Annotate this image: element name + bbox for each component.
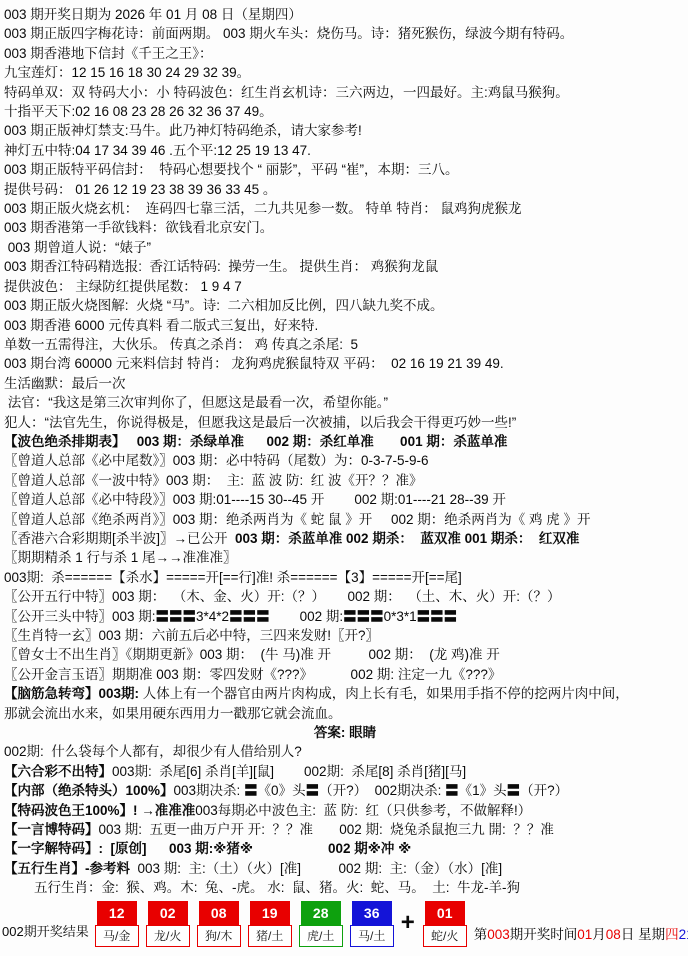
- text-segment: 生活幽默：最后一次: [4, 376, 126, 391]
- text-line: 003 期香港地下信封《千王之王》：: [4, 44, 686, 63]
- text-line: 002期: 什么袋每个人都有，却很少有人借给别人?: [4, 742, 686, 761]
- text-line: 五行生肖：金: 猴、鸡。木: 兔、-虎。 水: 鼠、猪。火: 蛇、马。 土: 牛…: [4, 878, 686, 897]
- result-ball: 02龙/火: [146, 901, 190, 947]
- ball-number: 36: [352, 901, 392, 925]
- text-segment: 003期: 杀======【杀水】=====开[==行]准! 杀======【3…: [4, 570, 462, 585]
- ball-zodiac-element: 虎/土: [299, 925, 343, 947]
- result-ball: 19猪/土: [248, 901, 292, 947]
- ball-zodiac-element: 猪/土: [248, 925, 292, 947]
- text-segment: 〖期期精杀 1 行与杀 1 尾→→准准准〗: [4, 550, 237, 565]
- text-line: 〖曾道人总部《必中特段》〗003 期:01----15 30--45 开 002…: [4, 490, 686, 509]
- result-ball: 36马/土: [350, 901, 394, 947]
- text-segment: 单数一五需得注，大伙乐。 传真之杀肖： 鸡 传真之杀尾: 5: [4, 337, 358, 352]
- text-segment: 〓〓〓: [417, 609, 458, 624]
- text-segment: 【内部（绝杀特头）100%】: [4, 783, 174, 798]
- text-line: 【特码波色王100%】! →准准准003每期必中波色主: 蓝 防: 红（只供参考…: [4, 801, 686, 820]
- text-segment: 神灯五中特:04 17 34 39 46 .五个平:12 25 19 13 47…: [4, 143, 311, 158]
- text-segment: 002 期:: [270, 609, 344, 624]
- text-line: 单数一五需得注，大伙乐。 传真之杀肖： 鸡 传真之杀尾: 5: [4, 335, 686, 354]
- text-line: 提供号码： 01 26 12 19 23 38 39 36 33 45 。: [4, 180, 686, 199]
- text-line: 〖曾道人总部《一波中特》003 期： 主: 蓝 波 防: 红 波《开？？准》: [4, 471, 686, 490]
- ball-number: 02: [148, 901, 188, 925]
- text-segment: 〓: [306, 783, 320, 798]
- text-line: 003 期正版四字梅花诗：前面两期。 003 期火车头：烧伤马。诗：猪死猴伤，绿…: [4, 24, 686, 43]
- result-ball: 28虎/土: [299, 901, 343, 947]
- text-line: 003 期曾道人说：“婊子”: [4, 238, 686, 257]
- text-line: 【一字解特码】: [原创] 003 期:※猪※ 002 期※冲 ※: [4, 839, 686, 858]
- text-line: 003 期正版火烧图解: 火烧 “马”。诗: 二六相加反比例，四八缺九奖不成。: [4, 296, 686, 315]
- text-line: 003 期台湾 60000 元来料信封 特肖： 龙狗鸡虎猴鼠特双 平码： 02 …: [4, 354, 686, 373]
- text-line: 【内部（绝杀特头）100%】003期决杀: 〓《0》头〓（开?） 002期决杀:…: [4, 781, 686, 800]
- next-draw-segment: 08: [606, 927, 621, 942]
- next-draw-segment: 003: [487, 927, 510, 942]
- text-segment: 《1》头: [459, 783, 507, 798]
- text-segment: 〖曾女士不出生肖〗《期期更新》003 期： (牛 马)准 开 002 期： (龙…: [4, 647, 500, 662]
- text-segment: 特码单双：双 特码大小：小 特码波色：红生肖玄机诗：三六两边，一四最好。主:鸡鼠…: [4, 85, 569, 100]
- text-segment: 提供号码： 01 26 12 19 23 38 39 36 33 45 。: [4, 182, 276, 197]
- text-segment: 〖生肖特一玄〗003 期：六前五后必中特，三四来发财!〖开?〗: [4, 628, 379, 643]
- text-line: 003 期正版火烧玄机： 连码四七靠三活，二九共见参一数。 特单 特肖： 鼠鸡狗…: [4, 199, 686, 218]
- text-line: 003 期开奖日期为 2026 年 01 月 08 日（星期四）: [4, 5, 686, 24]
- text-line: 答案: 眼睛: [4, 723, 686, 742]
- text-line: 法官：“我这是第三次审判你了，但愿这是最看一次，希望你能。”: [4, 393, 686, 412]
- text-segment: 〖公开五行中特〗003 期： （木、金、火）开:（？） 002 期： （土、木、…: [4, 589, 561, 604]
- text-segment: 【特码波色王100%】! →准准准: [4, 803, 195, 818]
- text-segment: 〖公开三头中特〗003 期:: [4, 609, 156, 624]
- text-segment: 提供波色： 主绿防红提供尾数： 1 9 4 7: [4, 279, 242, 294]
- text-line: 〖曾道人总部《必中尾数》〗003 期：必中特码（尾数）为：0-3-7-5-9-6: [4, 451, 686, 470]
- text-segment: 3*4*2: [196, 609, 229, 624]
- text-segment: 003 期台湾 60000 元来料信封 特肖： 龙狗鸡虎猴鼠特双 平码： 02 …: [4, 356, 504, 371]
- text-segment: [253, 841, 328, 856]
- text-line: 〖公开五行中特〗003 期： （木、金、火）开:（？） 002 期： （土、木、…: [4, 587, 686, 606]
- next-draw-segment: 月: [592, 927, 606, 942]
- text-line: 神灯五中特:04 17 34 39 46 .五个平:12 25 19 13 47…: [4, 141, 686, 160]
- text-segment: 003 期正版火烧玄机： 连码四七靠三活，二九共见参一数。 特单 特肖： 鼠鸡狗…: [4, 201, 522, 216]
- text-line: 〖期期精杀 1 行与杀 1 尾→→准准准〗: [4, 548, 686, 567]
- text-segment: 003 期正版神灯禁支:马牛。此乃神灯特码绝杀，请大家参考!: [4, 123, 362, 138]
- text-line: 那就会流出水来，如果用硬东西用力一戳那它就会流血。: [4, 704, 686, 723]
- next-draw-segment: 日 星期: [621, 927, 665, 942]
- result-ball: 08狗/木: [197, 901, 241, 947]
- next-draw-segment: 21:30: [679, 927, 688, 942]
- text-segment: 〓〓〓: [229, 609, 270, 624]
- text-segment: 003 期正版特平码信封： 特码心想要找个 “ 丽影”，平码 “崔”，本期：三八…: [4, 162, 459, 177]
- text-segment: 003期: 杀尾[6] 杀肖[羊][鼠] 002期: 杀尾[8] 杀肖[猪][马…: [112, 764, 466, 779]
- text-segment: 003 期香港 6000 元传真料 看二版式三复出，好来特.: [4, 318, 318, 333]
- text-line: 九宝莲灯：12 15 16 18 30 24 29 32 39。: [4, 63, 686, 82]
- text-segment: 003 期: 五更一曲万户开 开: ？？准 002 期: 烧兔杀鼠抱三九 開: …: [99, 822, 554, 837]
- text-segment: 003 期开奖日期为 2026 年 01 月 08 日（星期四）: [4, 7, 302, 22]
- text-segment: 十指平天下:02 16 08 23 28 26 32 36 37 49。: [4, 104, 273, 119]
- text-line: 〖香港六合彩期期[杀半波]〗→已公开 003 期：杀蓝单准 002 期杀： 蓝双…: [4, 529, 686, 548]
- text-segment: 003 期香江特码精选报: 香江话特码: 操劳一生。 提供生肖： 鸡猴狗龙鼠: [4, 259, 438, 274]
- ball-number: 08: [199, 901, 239, 925]
- next-draw-segment: 01: [577, 927, 592, 942]
- special-ball-slot: 01蛇/火: [423, 901, 474, 947]
- text-segment: 【波色绝杀排期表】 003 期：杀绿单准 002 期：杀红单准 001 期：杀蓝…: [4, 434, 507, 449]
- result-ball: 01蛇/火: [423, 901, 467, 947]
- text-line: 003 期香江特码精选报: 香江话特码: 操劳一生。 提供生肖： 鸡猴狗龙鼠: [4, 257, 686, 276]
- text-segment: 〓: [445, 783, 459, 798]
- text-segment: 犯人：“法官先生，你说得极是，但愿我这是最后一次被捕，以后我会干得更巧妙一些!”: [4, 415, 516, 430]
- next-draw-segment: 第: [474, 927, 488, 942]
- text-segment: 003 期：杀蓝单准 002 期杀： 蓝双准 001 期杀： 红双准: [235, 531, 579, 546]
- text-segment: 那就会流出水来，如果用硬东西用力一戳那它就会流血。: [4, 706, 342, 721]
- text-segment: 答案: 眼睛: [314, 725, 376, 740]
- ball-number: 12: [97, 901, 137, 925]
- text-line: 003 期正版特平码信封： 特码心想要找个 “ 丽影”，平码 “崔”，本期：三八…: [4, 160, 686, 179]
- ball-zodiac-element: 马/土: [350, 925, 394, 947]
- text-lines: 003 期开奖日期为 2026 年 01 月 08 日（星期四）003 期正版四…: [4, 5, 686, 898]
- result-ball: 12马/金: [95, 901, 139, 947]
- text-segment: 【一字解特码】: [原创] 003 期:※猪※: [4, 841, 253, 856]
- result-label: 002期开奖结果: [2, 921, 89, 940]
- text-segment: 九宝莲灯：12 15 16 18 30 24 29 32 39。: [4, 65, 250, 80]
- ball-zodiac-element: 狗/木: [197, 925, 241, 947]
- text-segment: 【一言博特码】: [4, 822, 99, 837]
- ball-number: 28: [301, 901, 341, 925]
- ball-zodiac-element: 马/金: [95, 925, 139, 947]
- text-segment: 003每期必中波色主: 蓝 防: 红（只供参考，不做解释!）: [195, 803, 531, 818]
- plus-icon: +: [401, 909, 415, 937]
- text-segment: 003 期正版四字梅花诗：前面两期。 003 期火车头：烧伤马。诗：猪死猴伤，绿…: [4, 26, 573, 41]
- text-segment: 〖香港六合彩期期[杀半波]〗→已公开: [4, 531, 235, 546]
- text-segment: 《0》头: [258, 783, 306, 798]
- tip-sheet-body: 003 期开奖日期为 2026 年 01 月 08 日（星期四）003 期正版四…: [0, 0, 688, 898]
- text-segment: 法官：“我这是第三次审判你了，但愿这是最看一次，希望你能。”: [4, 395, 388, 410]
- ball-number: 01: [425, 901, 465, 925]
- text-line: 【一言博特码】003 期: 五更一曲万户开 开: ？？准 002 期: 烧兔杀鼠…: [4, 820, 686, 839]
- text-segment: 〖曾道人总部《必中特段》〗003 期:01----15 30--45 开 002…: [4, 492, 506, 507]
- text-line: 【波色绝杀排期表】 003 期：杀绿单准 002 期：杀红单准 001 期：杀蓝…: [4, 432, 686, 451]
- next-draw-info: 第003期开奖时间01月08日 星期四21:30: [474, 923, 688, 943]
- text-line: 【五行生肖】-参考料 003 期: 主:（土）（火）[准] 002 期: 主:（…: [4, 859, 686, 878]
- text-line: 提供波色： 主绿防红提供尾数： 1 9 4 7: [4, 277, 686, 296]
- text-line: 〖生肖特一玄〗003 期：六前五后必中特，三四来发财!〖开?〗: [4, 626, 686, 645]
- text-line: 003 期香港第一手欲钱料：欲钱看北京安门。: [4, 218, 686, 237]
- text-segment: （开?）: [520, 783, 568, 798]
- text-segment: 【五行生肖】-参考料: [4, 861, 130, 876]
- ball-zodiac-element: 蛇/火: [423, 925, 467, 947]
- text-segment: 〖公开金言玉语〗期期准 003 期：零四发财《???》 002 期: 注定一九《…: [4, 667, 501, 682]
- text-segment: 003 期香港地下信封《千王之王》：: [4, 46, 213, 61]
- text-line: 003 期香港 6000 元传真料 看二版式三复出，好来特.: [4, 316, 686, 335]
- text-line: 犯人：“法官先生，你说得极是，但愿我这是最后一次被捕，以后我会干得更巧妙一些!”: [4, 413, 686, 432]
- text-line: 【脑筋急转弯】003期: 人体上有一个器官由两片肉构成，肉上长有毛，如果用手指不…: [4, 684, 686, 703]
- draw-result-bar: 002期开奖结果 12马/金02龙/火08狗/木19猪/土28虎/土36马/土 …: [0, 898, 688, 955]
- text-segment: 〖曾道人总部《绝杀两肖》〗003 期：绝杀两肖为《 蛇 鼠 》开 002 期：绝…: [4, 512, 591, 527]
- text-segment: 002 期※冲 ※: [328, 841, 411, 856]
- text-segment: 人体上有一个器官由两片肉构成，肉上长有毛，如果用手指不停的挖两片肉中间，: [139, 686, 629, 701]
- ball-number: 19: [250, 901, 290, 925]
- text-line: 特码单双：双 特码大小：小 特码波色：红生肖玄机诗：三六两边，一四最好。主:鸡鼠…: [4, 83, 686, 102]
- text-segment: 003 期正版火烧图解: 火烧 “马”。诗: 二六相加反比例，四八缺九奖不成。: [4, 298, 444, 313]
- text-segment: 五行生肖：金: 猴、鸡。木: 兔、-虎。 水: 鼠、猪。火: 蛇、马。 土: 牛…: [4, 880, 520, 895]
- ball-zodiac-element: 龙/火: [146, 925, 190, 947]
- text-line: 【六合彩不出特】003期: 杀尾[6] 杀肖[羊][鼠] 002期: 杀尾[8]…: [4, 762, 686, 781]
- text-segment: 〓〓〓: [343, 609, 384, 624]
- next-draw-segment: 四: [665, 927, 679, 942]
- text-segment: 0*3*1: [384, 609, 417, 624]
- text-segment: 003 期曾道人说：“婊子”: [4, 240, 151, 255]
- text-line: 十指平天下:02 16 08 23 28 26 32 36 37 49。: [4, 102, 686, 121]
- text-segment: 〖曾道人总部《一波中特》003 期： 主: 蓝 波 防: 红 波《开？？准》: [4, 473, 423, 488]
- text-segment: 003 期: 主:（土）（火）[准] 002 期: 主:（金）（水）[准]: [130, 861, 502, 876]
- result-balls: 12马/金02龙/火08狗/木19猪/土28虎/土36马/土: [95, 901, 401, 947]
- text-segment: 〓〓〓: [156, 609, 197, 624]
- text-segment: 〓: [507, 783, 521, 798]
- text-segment: 003期决杀:: [174, 783, 245, 798]
- text-line: 〖公开金言玉语〗期期准 003 期：零四发财《???》 002 期: 注定一九《…: [4, 665, 686, 684]
- text-segment: （开?） 002期决杀:: [319, 783, 445, 798]
- text-line: 〖曾女士不出生肖〗《期期更新》003 期： (牛 马)准 开 002 期： (龙…: [4, 645, 686, 664]
- text-segment: 〓: [244, 783, 258, 798]
- text-line: 003 期正版神灯禁支:马牛。此乃神灯特码绝杀，请大家参考!: [4, 121, 686, 140]
- text-segment: 【六合彩不出特】: [4, 764, 112, 779]
- text-line: 〖曾道人总部《绝杀两肖》〗003 期：绝杀两肖为《 蛇 鼠 》开 002 期：绝…: [4, 510, 686, 529]
- text-segment: 002期: 什么袋每个人都有，却很少有人借给别人?: [4, 744, 302, 759]
- text-line: 〖公开三头中特〗003 期:〓〓〓3*4*2〓〓〓 002 期:〓〓〓0*3*1…: [4, 607, 686, 626]
- next-draw-segment: 期开奖时间: [510, 927, 578, 942]
- text-segment: 〖曾道人总部《必中尾数》〗003 期：必中特码（尾数）为：0-3-7-5-9-6: [4, 453, 429, 468]
- text-segment: 003 期香港第一手欲钱料：欲钱看北京安门。: [4, 220, 273, 235]
- text-line: 生活幽默：最后一次: [4, 374, 686, 393]
- text-line: 003期: 杀======【杀水】=====开[==行]准! 杀======【3…: [4, 568, 686, 587]
- text-segment: 【脑筋急转弯】003期:: [4, 686, 139, 701]
